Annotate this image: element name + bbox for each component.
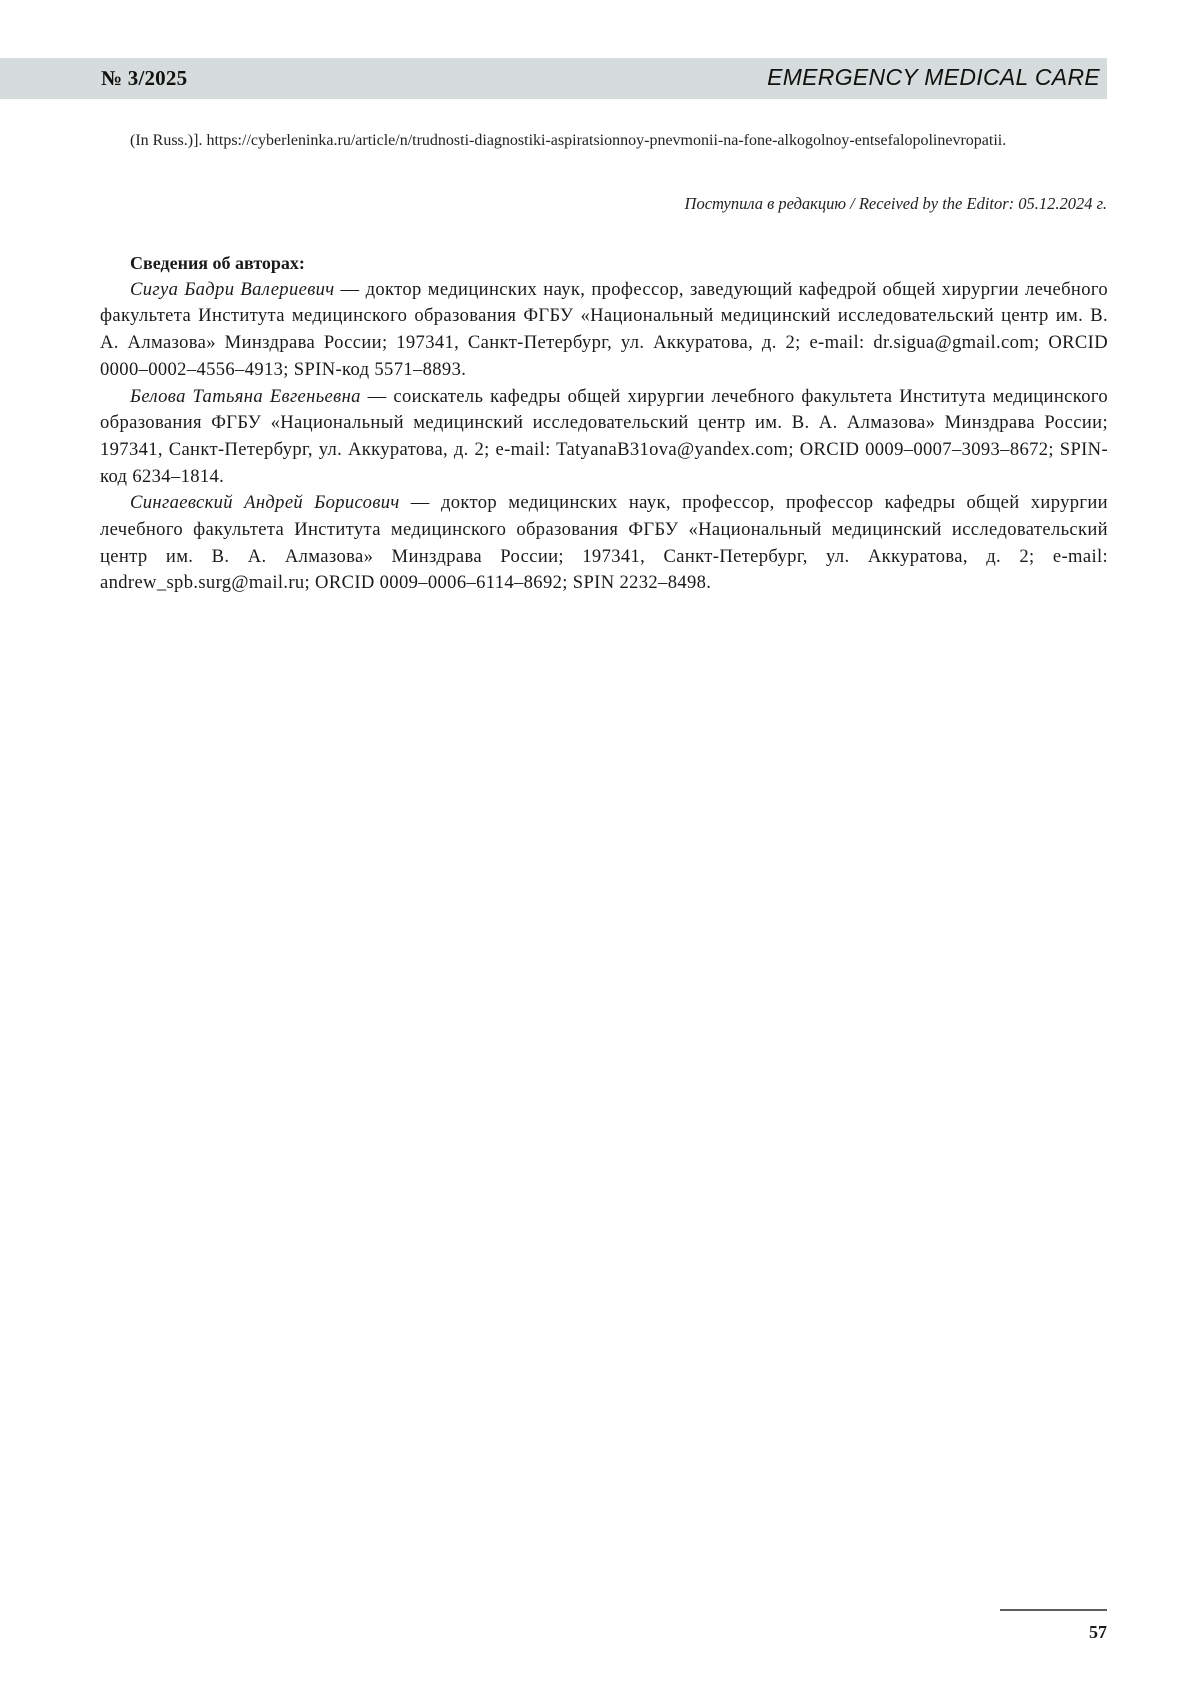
- reference-continuation: (In Russ.)]. https://cyberleninka.ru/art…: [130, 127, 1107, 154]
- footer-rule: [1000, 1609, 1107, 1611]
- received-date: Поступила в редакцию / Received by the E…: [685, 194, 1107, 214]
- authors-section: Сведения об авторах: Сигуа Бадри Валерие…: [100, 250, 1108, 597]
- journal-title: EMERGENCY MEDICAL CARE: [767, 64, 1100, 91]
- author-entry: Сигуа Бадри Валериевич — доктор медицинс…: [100, 277, 1108, 384]
- author-name: Белова Татьяна Евгеньевна: [130, 386, 361, 407]
- author-entry: Сингаевский Андрей Борисович — доктор ме…: [100, 490, 1108, 597]
- page-number: 57: [1089, 1622, 1107, 1643]
- issue-number: № 3/2025: [101, 66, 187, 91]
- author-entry: Белова Татьяна Евгеньевна — соискатель к…: [100, 384, 1108, 491]
- authors-heading: Сведения об авторах:: [100, 250, 1108, 277]
- author-name: Сингаевский Андрей Борисович: [130, 492, 400, 513]
- author-name: Сигуа Бадри Валериевич: [130, 279, 334, 300]
